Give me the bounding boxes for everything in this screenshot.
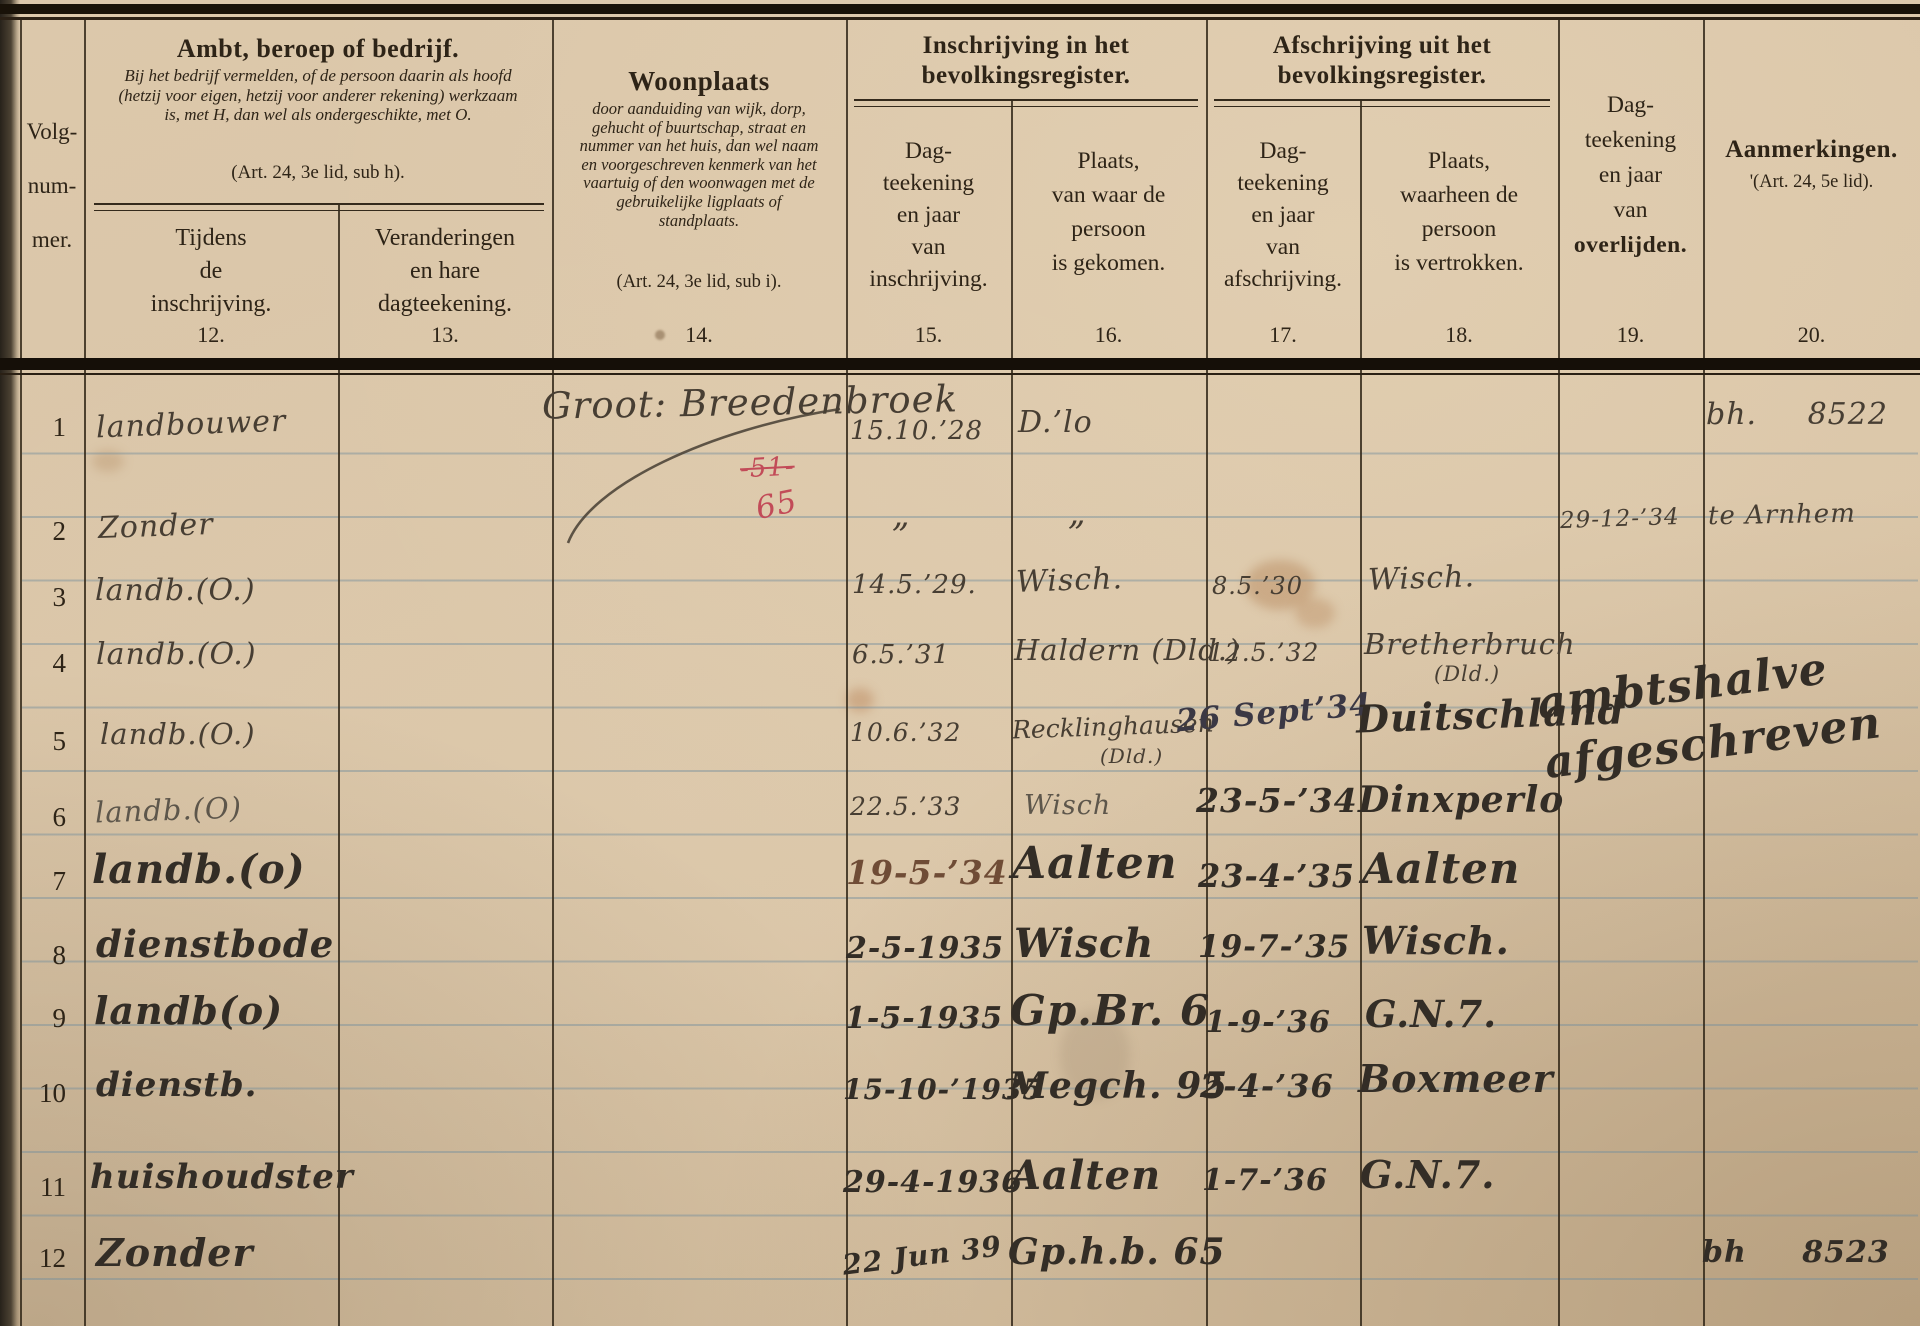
row1-woonplaats-doorgehaald: -51-	[739, 454, 795, 483]
row2-inschrijving-plaats: „	[1068, 496, 1087, 530]
inschrijving-group-title: Inschrijving in het	[846, 31, 1206, 61]
row9-afschrijving-datum: 1-9-’36	[1205, 1008, 1331, 1038]
col17-label-line: van	[1206, 234, 1360, 262]
row10-afschrijving-plaats: Boxmeer	[1358, 1060, 1554, 1098]
row-number: 10	[20, 1078, 66, 1110]
row10-beroep: dienstb.	[96, 1068, 258, 1102]
row12-inschrijving-plaats: Gp.h.b. 65	[1008, 1234, 1226, 1270]
row2-beroep: Zonder	[98, 510, 215, 544]
col19-label-line: en jaar	[1558, 162, 1703, 190]
col15-label-line: en jaar	[846, 202, 1011, 230]
col15-label-line: van	[846, 234, 1011, 262]
row1-beroep: landbouwer	[96, 407, 287, 444]
col16-label-line: persoon	[1011, 216, 1206, 244]
column-line	[1011, 99, 1013, 1326]
row-number: 7	[20, 866, 66, 898]
column-line	[552, 20, 554, 1326]
row11-inschrijving-datum: 29-4-1936	[843, 1168, 1023, 1198]
aanmerkingen-art: '(Art. 24, 5e lid).	[1703, 172, 1920, 194]
row4-afschrijving-datum: 12.5.’32	[1208, 640, 1319, 665]
ambt-group-art: (Art. 24, 3e lid, sub h).	[84, 162, 552, 184]
row12-beroep: Zonder	[96, 1234, 253, 1272]
col16-label-line: Plaats,	[1011, 148, 1206, 176]
row-number: 11	[20, 1172, 66, 1204]
row1-inschrijving-plaats: D.’lo	[1018, 408, 1093, 438]
ambt-group-note: Bij het bedrijf vermelden, of de persoon…	[118, 66, 518, 125]
row-number: 12	[20, 1243, 66, 1275]
row9-beroep: landb(o)	[94, 992, 283, 1030]
col19-label-line: van	[1558, 197, 1703, 225]
row-number: 9	[20, 1003, 66, 1035]
row9-afschrijving-plaats: G.N.7.	[1365, 996, 1497, 1033]
register-page: Volg- num- mer. Ambt, beroep of bedrijf.…	[0, 0, 1920, 1326]
row9-inschrijving-datum: 1-5-1935	[845, 1004, 1003, 1034]
row6-afschrijving-datum: 23-5-’34	[1196, 784, 1358, 817]
aanmerkingen-title: Aanmerkingen.	[1703, 135, 1920, 165]
row3-inschrijving-datum: 14.5.’29.	[852, 572, 977, 598]
ambt-group-title: Ambt, beroep of bedrijf.	[84, 34, 552, 65]
col17-label-line: en jaar	[1206, 202, 1360, 230]
row2-inschrijving-datum: „	[892, 498, 911, 532]
volgnummer-label-line: mer.	[20, 226, 84, 253]
col15-label-line: teekening	[846, 170, 1011, 198]
col12-label-line: inschrijving.	[84, 290, 338, 318]
volgnummer-label-line: Volg-	[20, 118, 84, 145]
col15-label-line: inschrijving.	[846, 266, 1011, 294]
col19-label-line: Dag-	[1558, 92, 1703, 120]
row8-afschrijving-datum: 19-7-’35	[1198, 932, 1350, 963]
volgnummer-label-line: num-	[20, 172, 84, 199]
woonplaats-note: door aanduiding van wijk, dorp, gehucht …	[578, 100, 820, 230]
row5-inschrijving-datum: 10.6.’32	[850, 720, 961, 745]
top-rule-thick	[0, 4, 1920, 14]
column-number-14: 14.	[552, 322, 846, 348]
row11-inschrijving-plaats: Aalten	[1010, 1156, 1161, 1196]
row5-beroep: landb.(O.)	[100, 720, 256, 749]
row9-inschrijving-plaats: Gp.Br. 6	[1010, 990, 1210, 1032]
row7-afschrijving-datum: 23-4-’35	[1198, 860, 1355, 892]
row1-woonplaats-correctie: 65	[753, 486, 800, 525]
inschrijving-separator	[854, 99, 1198, 107]
col19-label-line: overlijden.	[1558, 232, 1703, 260]
row10-afschrijving-datum: 2-4-’36	[1200, 1070, 1334, 1102]
column-number-19: 19.	[1558, 322, 1703, 348]
row7-inschrijving-plaats: Aalten	[1012, 842, 1178, 886]
row1-aanmerkingen: bh. 8522	[1706, 400, 1888, 430]
row-number: 2	[20, 516, 66, 548]
row10-inschrijving-plaats: Megch. 95	[1008, 1068, 1228, 1104]
row8-inschrijving-plaats: Wisch	[1014, 924, 1154, 964]
pen-flourish	[540, 395, 860, 555]
col18-label-line: persoon	[1360, 216, 1558, 244]
row8-inschrijving-datum: 2-5-1935	[846, 934, 1004, 964]
column-number-16: 16.	[1011, 322, 1206, 348]
row7-inschrijving-datum: 19-5-’34	[846, 856, 1008, 889]
col17-label-line: Dag-	[1206, 138, 1360, 166]
row7-beroep: landb.(o)	[92, 850, 306, 890]
row4-inschrijving-plaats: Haldern (Dld.)	[1014, 636, 1240, 665]
row11-beroep: huishoudster	[90, 1160, 354, 1194]
row3-beroep: landb.(O.)	[95, 576, 256, 606]
col17-label-line: afschrijving.	[1206, 266, 1360, 294]
inschrijving-group-title: bevolkingsregister.	[846, 61, 1206, 91]
row3-afschrijving-datum: 8.5.’30	[1212, 574, 1303, 598]
row-number: 5	[20, 726, 66, 758]
row-number: 6	[20, 802, 66, 834]
afschrijving-group-title: bevolkingsregister.	[1206, 61, 1558, 91]
row11-afschrijving-datum: 1-7-’36	[1202, 1166, 1328, 1196]
scan-edge	[0, 0, 20, 1326]
col18-label-line: waarheen de	[1360, 182, 1558, 210]
header-bottom-rule-thin	[0, 373, 1920, 375]
row12-aanmerkingen: bh 8523	[1702, 1238, 1890, 1268]
col16-label-line: is gekomen.	[1011, 250, 1206, 278]
column-number-18: 18.	[1360, 322, 1558, 348]
col19-label-line: teekening	[1558, 127, 1703, 155]
column-number-20: 20.	[1703, 322, 1920, 348]
row4-afschrijving-plaats-2: (Dld.)	[1434, 664, 1500, 685]
row2-overlijden: 29-12-’34	[1560, 506, 1680, 533]
row6-beroep: landb.(O)	[95, 793, 243, 827]
col13-label-line: dagteekening.	[338, 290, 552, 318]
column-line	[84, 20, 86, 1326]
col17-label-line: teekening	[1206, 170, 1360, 198]
row-number: 4	[20, 648, 66, 680]
row4-beroep: landb.(O.)	[96, 640, 257, 670]
col13-label-line: Veranderingen	[338, 224, 552, 252]
row1-inschrijving-datum: 15.10.’28	[850, 418, 983, 444]
col18-label-line: is vertrokken.	[1360, 250, 1558, 278]
row6-inschrijving-datum: 22.5.’33	[850, 794, 961, 819]
row8-afschrijving-plaats: Wisch.	[1362, 922, 1510, 960]
woonplaats-art: (Art. 24, 3e lid, sub i).	[552, 272, 846, 294]
row2-aanmerkingen: te Arnhem	[1708, 501, 1856, 530]
col16-label-line: van waar de	[1011, 182, 1206, 210]
row5-inschrijving-plaats-2: (Dld.)	[1100, 746, 1163, 766]
row6-afschrijving-plaats: Dinxperlo	[1358, 782, 1564, 818]
row-number: 3	[20, 582, 66, 614]
col15-label-line: Dag-	[846, 138, 1011, 166]
row4-afschrijving-plaats: Bretherbruch	[1364, 630, 1576, 659]
ambt-separator	[94, 203, 544, 211]
woonplaats-title: Woonplaats	[552, 66, 846, 98]
col12-label-line: de	[84, 257, 338, 285]
row7-afschrijving-plaats: Aalten	[1362, 848, 1520, 890]
row3-afschrijving-plaats: Wisch.	[1368, 562, 1476, 596]
column-number-13: 13.	[338, 322, 552, 348]
column-number-12: 12.	[84, 322, 338, 348]
col12-label-line: Tijdens	[84, 224, 338, 252]
row6-inschrijving-plaats: Wisch	[1024, 792, 1111, 819]
row8-beroep: dienstbode	[96, 926, 334, 963]
row-number: 1	[20, 412, 66, 444]
column-number-15: 15.	[846, 322, 1011, 348]
col13-label-line: en hare	[338, 257, 552, 285]
row11-afschrijving-plaats: G.N.7.	[1360, 1156, 1496, 1194]
column-number-17: 17.	[1206, 322, 1360, 348]
afschrijving-group-title: Afschrijving uit het	[1206, 31, 1558, 61]
afschrijving-separator	[1214, 99, 1550, 107]
top-rule-thin	[0, 17, 1920, 20]
col18-label-line: Plaats,	[1360, 148, 1558, 176]
row4-inschrijving-datum: 6.5.’31	[852, 642, 950, 668]
row3-inschrijving-plaats: Wisch.	[1016, 564, 1124, 598]
row-number: 8	[20, 940, 66, 972]
header-bottom-rule-thick	[0, 358, 1920, 370]
